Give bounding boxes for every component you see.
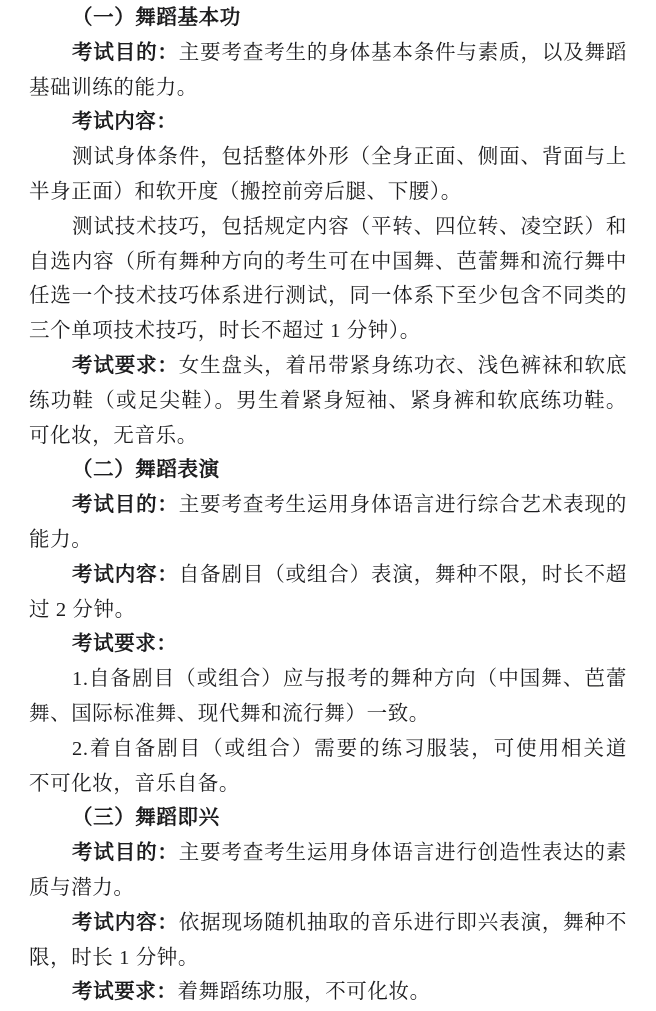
body-text: 测试技术技巧，包括规定内容（平转、四位转、凌空跃）和: [72, 216, 627, 238]
text-line: 过 2 分钟。: [29, 593, 627, 628]
section-1-dance-basics: （一）舞蹈基本功考试目的：主要考查考生的身体基本条件与素质，以及舞蹈基础训练的能…: [29, 1, 627, 453]
bold-label-text: 考试要求：: [72, 981, 178, 1003]
text-line: 可化妆，无音乐。: [29, 419, 627, 454]
bold-label-text: 考试内容：: [72, 912, 179, 934]
body-text: 三个单项技术技巧，时长不超过 1 分钟）。: [29, 320, 421, 342]
text-line: 限，时长 1 分钟。: [29, 941, 627, 976]
bold-label-text: 考试目的：: [72, 842, 179, 864]
bold-label-text: 考试要求：: [72, 355, 179, 377]
body-text: 练功鞋（或足尖鞋）。男生着紧身短袖、紧身裤和软底练功鞋。不: [29, 390, 627, 419]
body-text: 限，时长 1 分钟。: [29, 947, 199, 969]
body-text: 主要考查考生运用身体语言进行综合艺术表现的: [179, 494, 627, 516]
text-line: 任选一个技术技巧体系进行测试，同一体系下至少包含不同类的: [29, 279, 627, 314]
bold-label-text: 考试内容：: [72, 111, 178, 133]
text-line: 考试目的：主要考查考生运用身体语言进行综合艺术表现的: [29, 488, 627, 523]
document-body: （一）舞蹈基本功考试目的：主要考查考生的身体基本条件与素质，以及舞蹈基础训练的能…: [29, 1, 627, 1010]
body-text: 2.着自备剧目（或组合）需要的练习服装，可使用相关道具；: [72, 738, 627, 767]
bold-label-text: （二）舞蹈表演: [72, 459, 220, 481]
text-line: 测试身体条件，包括整体外形（全身正面、侧面、背面与上: [29, 140, 627, 175]
text-line: 自选内容（所有舞种方向的考生可在中国舞、芭蕾舞和流行舞中: [29, 245, 627, 280]
body-text: 主要考查考生的身体基本条件与素质，以及舞蹈: [179, 42, 627, 64]
text-line: 考试目的：主要考查考生的身体基本条件与素质，以及舞蹈: [29, 36, 627, 71]
body-text: 依据现场随机抽取的音乐进行即兴表演，舞种不: [179, 912, 627, 934]
text-line: 测试技术技巧，包括规定内容（平转、四位转、凌空跃）和: [29, 210, 627, 245]
body-text: 着舞蹈练功服，不可化妆。: [178, 981, 431, 1003]
text-line: 练功鞋（或足尖鞋）。男生着紧身短袖、紧身裤和软底练功鞋。不: [29, 384, 627, 419]
body-text: 1.自备剧目（或组合）应与报考的舞种方向（中国舞、芭蕾: [72, 668, 627, 690]
section-heading: （一）舞蹈基本功: [29, 1, 627, 36]
body-text: 自选内容（所有舞种方向的考生可在中国舞、芭蕾舞和流行舞中: [29, 251, 627, 273]
body-text: 女生盘头，着吊带紧身练功衣、浅色裤袜和软底: [179, 355, 627, 377]
bold-label-text: 考试要求：: [72, 633, 178, 655]
text-line: 1.自备剧目（或组合）应与报考的舞种方向（中国舞、芭蕾: [29, 662, 627, 697]
bold-label-text: （一）舞蹈基本功: [72, 7, 241, 29]
text-line: 半身正面）和软开度（搬控前旁后腿、下腰）。: [29, 175, 627, 210]
bold-label-text: （三）舞蹈即兴: [72, 807, 220, 829]
body-text: 舞、国际标准舞、现代舞和流行舞）一致。: [29, 703, 430, 725]
text-line: 考试内容：自备剧目（或组合）表演，舞种不限，时长不超: [29, 558, 627, 593]
text-line: 三个单项技术技巧，时长不超过 1 分钟）。: [29, 314, 627, 349]
body-text: 自备剧目（或组合）表演，舞种不限，时长不超: [179, 564, 627, 586]
body-text: 主要考查考生运用身体语言进行创造性表达的素: [179, 842, 627, 864]
text-line: 考试内容：依据现场随机抽取的音乐进行即兴表演，舞种不: [29, 906, 627, 941]
section-3-dance-improvisation: （三）舞蹈即兴考试目的：主要考查考生运用身体语言进行创造性表达的素质与潜力。考试…: [29, 801, 627, 1010]
text-line: 质与潜力。: [29, 871, 627, 906]
text-line: 2.着自备剧目（或组合）需要的练习服装，可使用相关道具；: [29, 732, 627, 767]
body-text: 基础训练的能力。: [29, 77, 198, 99]
body-text: 可化妆，无音乐。: [29, 425, 198, 447]
body-text: 半身正面）和软开度（搬控前旁后腿、下腰）。: [29, 181, 462, 203]
text-line: 考试要求：女生盘头，着吊带紧身练功衣、浅色裤袜和软底: [29, 349, 627, 384]
section-heading: （二）舞蹈表演: [29, 453, 627, 488]
section-2-dance-performance: （二）舞蹈表演考试目的：主要考查考生运用身体语言进行综合艺术表现的能力。考试内容…: [29, 453, 627, 801]
body-text: 能力。: [29, 529, 92, 551]
text-line: 基础训练的能力。: [29, 71, 627, 106]
text-line: 考试要求：: [29, 627, 627, 662]
bold-label-text: 考试目的：: [72, 42, 179, 64]
body-text: 测试身体条件，包括整体外形（全身正面、侧面、背面与上: [72, 146, 627, 168]
body-text: 不可化妆，音乐自备。: [29, 773, 240, 795]
body-text: 质与潜力。: [29, 877, 135, 899]
text-line: 考试内容：: [29, 105, 627, 140]
text-line: 能力。: [29, 523, 627, 558]
text-line: 舞、国际标准舞、现代舞和流行舞）一致。: [29, 697, 627, 732]
text-line: 不可化妆，音乐自备。: [29, 767, 627, 802]
text-line: 考试要求：着舞蹈练功服，不可化妆。: [29, 975, 627, 1010]
bold-label-text: 考试目的：: [72, 494, 179, 516]
text-line: 考试目的：主要考查考生运用身体语言进行创造性表达的素: [29, 836, 627, 871]
body-text: 任选一个技术技巧体系进行测试，同一体系下至少包含不同类的: [29, 285, 627, 307]
section-heading: （三）舞蹈即兴: [29, 801, 627, 836]
body-text: 过 2 分钟。: [29, 599, 136, 621]
document-page: （一）舞蹈基本功考试目的：主要考查考生的身体基本条件与素质，以及舞蹈基础训练的能…: [0, 0, 656, 1010]
bold-label-text: 考试内容：: [72, 564, 179, 586]
